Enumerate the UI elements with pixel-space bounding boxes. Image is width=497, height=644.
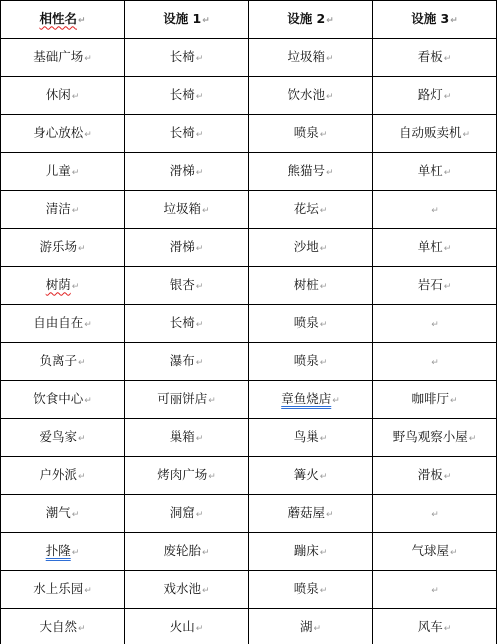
facility-3-cell[interactable]: 风车↵ — [373, 609, 497, 644]
affinity-name-cell[interactable]: 饮食中心↵ — [1, 381, 125, 419]
facility-2-cell[interactable]: 篝火↵ — [249, 457, 373, 495]
paragraph-mark-icon: ↵ — [320, 546, 328, 560]
paragraph-mark-icon: ↵ — [320, 318, 328, 332]
paragraph-mark-icon: ↵ — [431, 356, 439, 370]
cell-text: 烤肉广场 — [157, 467, 207, 482]
cell-text: 湖 — [300, 619, 313, 634]
cell-text: 路灯 — [418, 87, 443, 102]
cell-text: 洞窟 — [170, 505, 195, 520]
table-row: 树荫↵银杏↵树桩↵岩石↵ — [1, 267, 497, 305]
header-row: 相性名↵ 设施 1↵ 设施 2↵ 设施 3↵ — [1, 1, 497, 39]
cell-text: 儿童 — [46, 163, 71, 178]
facility-table: 相性名↵ 设施 1↵ 设施 2↵ 设施 3↵ 基础广场↵长椅↵垃圾箱↵看板↵休闲… — [0, 0, 497, 644]
affinity-name-cell[interactable]: 大自然↵ — [1, 609, 125, 644]
paragraph-mark-icon: ↵ — [196, 508, 204, 522]
facility-3-cell[interactable]: 路灯↵ — [373, 77, 497, 115]
cell-text: 垃圾箱 — [287, 49, 325, 64]
cell-text: 篝火 — [294, 467, 319, 482]
facility-1-cell[interactable]: 长椅↵ — [125, 77, 249, 115]
table-row: 休闲↵长椅↵饮水池↵路灯↵ — [1, 77, 497, 115]
cell-text: 大自然 — [39, 619, 77, 634]
header-cell-affinity-name[interactable]: 相性名↵ — [1, 1, 125, 39]
cell-text: 风车 — [418, 619, 443, 634]
table-row: 身心放松↵长椅↵喷泉↵自动贩卖机↵ — [1, 115, 497, 153]
facility-3-cell[interactable]: 野鸟观察小屋↵ — [373, 419, 497, 457]
cell-text: 咖啡厅 — [411, 391, 449, 406]
cell-text: 基础广场 — [33, 49, 83, 64]
cell-text: 水上乐园 — [33, 581, 83, 596]
paragraph-mark-icon: ↵ — [196, 128, 204, 142]
cell-text: 银杏 — [170, 277, 195, 292]
cell-text: 滑板 — [418, 467, 443, 482]
paragraph-mark-icon: ↵ — [72, 546, 80, 560]
paragraph-mark-icon: ↵ — [196, 166, 204, 180]
affinity-name-cell[interactable]: 游乐场↵ — [1, 229, 125, 267]
cell-text: 单杠 — [418, 239, 443, 254]
paragraph-mark-icon: ↵ — [320, 470, 328, 484]
table-row: 爱鸟家↵巢箱↵鸟巢↵野鸟观察小屋↵ — [1, 419, 497, 457]
cell-text: 岩石 — [418, 277, 443, 292]
cell-text: 气球屋 — [411, 543, 449, 558]
paragraph-mark-icon: ↵ — [202, 546, 210, 560]
paragraph-mark-icon: ↵ — [196, 622, 204, 636]
facility-2-cell[interactable]: 章鱼烧店↵ — [249, 381, 373, 419]
cell-text: 喷泉 — [294, 581, 319, 596]
paragraph-mark-icon: ↵ — [313, 622, 321, 636]
paragraph-mark-icon: ↵ — [444, 280, 452, 294]
table-row: 清洁↵垃圾箱↵花坛↵↵ — [1, 191, 497, 229]
facility-2-cell[interactable]: 湖↵ — [249, 609, 373, 644]
paragraph-mark-icon: ↵ — [78, 470, 86, 484]
cell-text: 身心放松 — [33, 125, 83, 140]
facility-2-cell[interactable]: 喷泉↵ — [249, 343, 373, 381]
paragraph-mark-icon: ↵ — [196, 356, 204, 370]
cell-text: 可丽饼店 — [157, 391, 207, 406]
paragraph-mark-icon: ↵ — [450, 394, 458, 408]
cell-text: 滑梯 — [170, 239, 195, 254]
paragraph-mark-icon: ↵ — [78, 242, 86, 256]
paragraph-mark-icon: ↵ — [196, 52, 204, 66]
table-row: 基础广场↵长椅↵垃圾箱↵看板↵ — [1, 39, 497, 77]
header-label: 相性名 — [39, 11, 77, 26]
facility-2-cell[interactable]: 树桩↵ — [249, 267, 373, 305]
facility-1-cell[interactable]: 长椅↵ — [125, 39, 249, 77]
paragraph-mark-icon: ↵ — [469, 432, 477, 446]
cell-text: 负离子 — [39, 353, 77, 368]
paragraph-mark-icon: ↵ — [78, 432, 86, 446]
paragraph-mark-icon: ↵ — [196, 318, 204, 332]
affinity-name-cell[interactable]: 水上乐园↵ — [1, 571, 125, 609]
paragraph-mark-icon: ↵ — [326, 508, 334, 522]
affinity-name-cell[interactable]: 潮气↵ — [1, 495, 125, 533]
paragraph-mark-icon: ↵ — [196, 90, 204, 104]
cell-text: 潮气 — [46, 505, 71, 520]
facility-3-cell[interactable]: ↵ — [373, 305, 497, 343]
paragraph-mark-icon: ↵ — [84, 584, 92, 598]
paragraph-mark-icon: ↵ — [72, 508, 80, 522]
facility-3-cell[interactable]: ↵ — [373, 495, 497, 533]
paragraph-mark-icon: ↵ — [208, 470, 216, 484]
table-row: 自由自在↵长椅↵喷泉↵↵ — [1, 305, 497, 343]
paragraph-mark-icon: ↵ — [78, 14, 86, 28]
cell-text: 爱鸟家 — [39, 429, 77, 444]
paragraph-mark-icon: ↵ — [320, 204, 328, 218]
cell-text: 花坛 — [294, 201, 319, 216]
paragraph-mark-icon: ↵ — [84, 394, 92, 408]
affinity-name-cell[interactable]: 基础广场↵ — [1, 39, 125, 77]
paragraph-mark-icon: ↵ — [320, 242, 328, 256]
paragraph-mark-icon: ↵ — [196, 432, 204, 446]
facility-1-cell[interactable]: 火山↵ — [125, 609, 249, 644]
table-row: 负离子↵瀑布↵喷泉↵↵ — [1, 343, 497, 381]
cell-text: 熊猫号 — [287, 163, 325, 178]
paragraph-mark-icon: ↵ — [431, 584, 439, 598]
facility-3-cell[interactable]: 单杠↵ — [373, 229, 497, 267]
facility-1-cell[interactable]: 洞窟↵ — [125, 495, 249, 533]
facility-2-cell[interactable]: 蹦床↵ — [249, 533, 373, 571]
cell-text: 饮水池 — [287, 87, 325, 102]
affinity-name-cell[interactable]: 身心放松↵ — [1, 115, 125, 153]
table-row: 潮气↵洞窟↵蘑菇屋↵↵ — [1, 495, 497, 533]
affinity-name-cell[interactable]: 儿童↵ — [1, 153, 125, 191]
paragraph-mark-icon: ↵ — [78, 356, 86, 370]
cell-text: 瀑布 — [170, 353, 195, 368]
cell-text: 清洁 — [46, 201, 71, 216]
paragraph-mark-icon: ↵ — [431, 204, 439, 218]
table-row: 游乐场↵滑梯↵沙地↵单杠↵ — [1, 229, 497, 267]
cell-text: 章鱼烧店 — [281, 391, 331, 406]
facility-3-cell[interactable]: ↵ — [373, 343, 497, 381]
facility-1-cell[interactable]: 垃圾箱↵ — [125, 191, 249, 229]
cell-text: 长椅 — [170, 87, 195, 102]
affinity-name-cell[interactable]: 清洁↵ — [1, 191, 125, 229]
table-row: 户外派↵烤肉广场↵篝火↵滑板↵ — [1, 457, 497, 495]
paragraph-mark-icon: ↵ — [431, 318, 439, 332]
facility-1-cell[interactable]: 废轮胎↵ — [125, 533, 249, 571]
affinity-name-cell[interactable]: 扑隆↵ — [1, 533, 125, 571]
header-cell-facility-1[interactable]: 设施 1↵ — [125, 1, 249, 39]
facility-2-cell[interactable]: 花坛↵ — [249, 191, 373, 229]
table-body: 基础广场↵长椅↵垃圾箱↵看板↵休闲↵长椅↵饮水池↵路灯↵身心放松↵长椅↵喷泉↵自… — [1, 39, 497, 644]
facility-3-cell[interactable]: ↵ — [373, 571, 497, 609]
cell-text: 废轮胎 — [163, 543, 201, 558]
facility-1-cell[interactable]: 烤肉广场↵ — [125, 457, 249, 495]
paragraph-mark-icon: ↵ — [320, 356, 328, 370]
cell-text: 蘑菇屋 — [287, 505, 325, 520]
facility-3-cell[interactable]: 单杠↵ — [373, 153, 497, 191]
facility-2-cell[interactable]: 熊猫号↵ — [249, 153, 373, 191]
paragraph-mark-icon: ↵ — [450, 546, 458, 560]
paragraph-mark-icon: ↵ — [202, 204, 210, 218]
paragraph-mark-icon: ↵ — [202, 584, 210, 598]
paragraph-mark-icon: ↵ — [462, 128, 470, 142]
paragraph-mark-icon: ↵ — [444, 242, 452, 256]
table-row: 儿童↵滑梯↵熊猫号↵单杠↵ — [1, 153, 497, 191]
paragraph-mark-icon: ↵ — [450, 14, 458, 28]
cell-text: 戏水池 — [163, 581, 201, 596]
facility-2-cell[interactable]: 沙地↵ — [249, 229, 373, 267]
paragraph-mark-icon: ↵ — [72, 204, 80, 218]
cell-text: 游乐场 — [39, 239, 77, 254]
cell-text: 自由自在 — [33, 315, 83, 330]
paragraph-mark-icon: ↵ — [72, 280, 80, 294]
cell-text: 野鸟观察小屋 — [393, 429, 468, 444]
affinity-name-cell[interactable]: 休闲↵ — [1, 77, 125, 115]
table-row: 扑隆↵废轮胎↵蹦床↵气球屋↵ — [1, 533, 497, 571]
paragraph-mark-icon: ↵ — [444, 52, 452, 66]
paragraph-mark-icon: ↵ — [320, 128, 328, 142]
cell-text: 自动贩卖机 — [399, 125, 462, 140]
paragraph-mark-icon: ↵ — [326, 14, 334, 28]
facility-1-cell[interactable]: 银杏↵ — [125, 267, 249, 305]
facility-1-cell[interactable]: 滑梯↵ — [125, 229, 249, 267]
facility-3-cell[interactable]: 咖啡厅↵ — [373, 381, 497, 419]
paragraph-mark-icon: ↵ — [326, 90, 334, 104]
cell-text: 看板 — [418, 49, 443, 64]
paragraph-mark-icon: ↵ — [72, 90, 80, 104]
header-cell-facility-3[interactable]: 设施 3↵ — [373, 1, 497, 39]
facility-1-cell[interactable]: 滑梯↵ — [125, 153, 249, 191]
header-label: 设施 1 — [163, 11, 201, 26]
header-cell-facility-2[interactable]: 设施 2↵ — [249, 1, 373, 39]
paragraph-mark-icon: ↵ — [326, 52, 334, 66]
cell-text: 沙地 — [294, 239, 319, 254]
paragraph-mark-icon: ↵ — [444, 166, 452, 180]
facility-3-cell[interactable]: 气球屋↵ — [373, 533, 497, 571]
paragraph-mark-icon: ↵ — [78, 622, 86, 636]
paragraph-mark-icon: ↵ — [196, 242, 204, 256]
facility-3-cell[interactable]: 自动贩卖机↵ — [373, 115, 497, 153]
affinity-name-cell[interactable]: 爱鸟家↵ — [1, 419, 125, 457]
cell-text: 喷泉 — [294, 315, 319, 330]
facility-2-cell[interactable]: 喷泉↵ — [249, 305, 373, 343]
paragraph-mark-icon: ↵ — [320, 584, 328, 598]
cell-text: 树桩 — [294, 277, 319, 292]
header-label: 设施 3 — [411, 11, 449, 26]
cell-text: 垃圾箱 — [163, 201, 201, 216]
paragraph-mark-icon: ↵ — [431, 508, 439, 522]
paragraph-mark-icon: ↵ — [72, 166, 80, 180]
facility-3-cell[interactable]: 滑板↵ — [373, 457, 497, 495]
affinity-name-cell[interactable]: 树荫↵ — [1, 267, 125, 305]
cell-text: 休闲 — [46, 87, 71, 102]
affinity-name-cell[interactable]: 户外派↵ — [1, 457, 125, 495]
paragraph-mark-icon: ↵ — [196, 280, 204, 294]
facility-2-cell[interactable]: 喷泉↵ — [249, 115, 373, 153]
cell-text: 长椅 — [170, 315, 195, 330]
cell-text: 鸟巢 — [294, 429, 319, 444]
facility-1-cell[interactable]: 戏水池↵ — [125, 571, 249, 609]
paragraph-mark-icon: ↵ — [320, 432, 328, 446]
paragraph-mark-icon: ↵ — [332, 394, 340, 408]
cell-text: 单杠 — [418, 163, 443, 178]
cell-text: 滑梯 — [170, 163, 195, 178]
header-label: 设施 2 — [287, 11, 325, 26]
cell-text: 喷泉 — [294, 125, 319, 140]
table-row: 饮食中心↵可丽饼店↵章鱼烧店↵咖啡厅↵ — [1, 381, 497, 419]
table-row: 大自然↵火山↵湖↵风车↵ — [1, 609, 497, 644]
cell-text: 户外派 — [39, 467, 77, 482]
cell-text: 喷泉 — [294, 353, 319, 368]
paragraph-mark-icon: ↵ — [444, 470, 452, 484]
facility-2-cell[interactable]: 垃圾箱↵ — [249, 39, 373, 77]
facility-3-cell[interactable]: 岩石↵ — [373, 267, 497, 305]
paragraph-mark-icon: ↵ — [208, 394, 216, 408]
paragraph-mark-icon: ↵ — [84, 128, 92, 142]
paragraph-mark-icon: ↵ — [84, 318, 92, 332]
facility-1-cell[interactable]: 长椅↵ — [125, 305, 249, 343]
affinity-name-cell[interactable]: 负离子↵ — [1, 343, 125, 381]
facility-3-cell[interactable]: 看板↵ — [373, 39, 497, 77]
paragraph-mark-icon: ↵ — [444, 90, 452, 104]
facility-3-cell[interactable]: ↵ — [373, 191, 497, 229]
facility-1-cell[interactable]: 长椅↵ — [125, 115, 249, 153]
cell-text: 树荫 — [46, 277, 71, 292]
cell-text: 饮食中心 — [33, 391, 83, 406]
affinity-name-cell[interactable]: 自由自在↵ — [1, 305, 125, 343]
facility-1-cell[interactable]: 瀑布↵ — [125, 343, 249, 381]
cell-text: 蹦床 — [294, 543, 319, 558]
cell-text: 扑隆 — [46, 543, 71, 558]
paragraph-mark-icon: ↵ — [202, 14, 210, 28]
facility-2-cell[interactable]: 蘑菇屋↵ — [249, 495, 373, 533]
cell-text: 长椅 — [170, 49, 195, 64]
cell-text: 长椅 — [170, 125, 195, 140]
paragraph-mark-icon: ↵ — [84, 52, 92, 66]
paragraph-mark-icon: ↵ — [326, 166, 334, 180]
paragraph-mark-icon: ↵ — [444, 622, 452, 636]
facility-1-cell[interactable]: 可丽饼店↵ — [125, 381, 249, 419]
facility-2-cell[interactable]: 饮水池↵ — [249, 77, 373, 115]
facility-2-cell[interactable]: 鸟巢↵ — [249, 419, 373, 457]
facility-2-cell[interactable]: 喷泉↵ — [249, 571, 373, 609]
cell-text: 巢箱 — [170, 429, 195, 444]
cell-text: 火山 — [170, 619, 195, 634]
table-row: 水上乐园↵戏水池↵喷泉↵↵ — [1, 571, 497, 609]
paragraph-mark-icon: ↵ — [320, 280, 328, 294]
facility-1-cell[interactable]: 巢箱↵ — [125, 419, 249, 457]
